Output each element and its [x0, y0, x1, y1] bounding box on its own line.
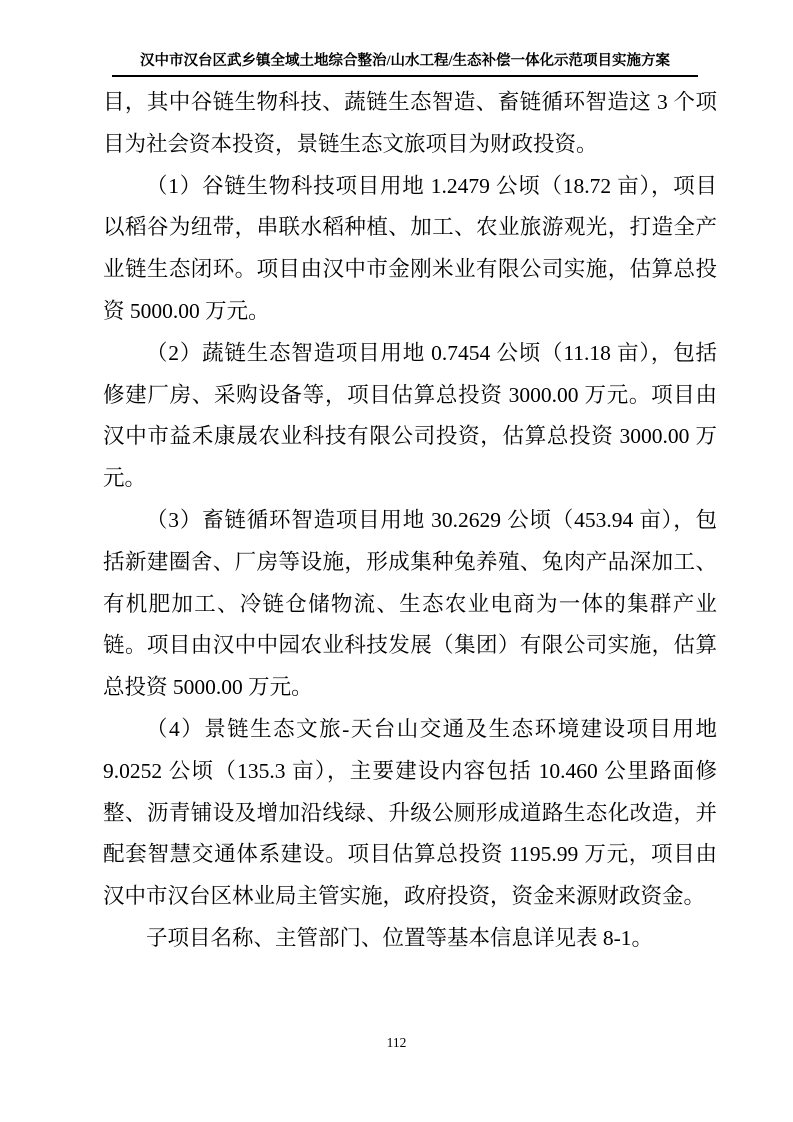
page-header: 汉中市汉台区武乡镇全域土地综合整治/山水工程/生态补偿一体化示范项目实施方案 [112, 52, 698, 77]
body-paragraph: （1）谷链生物科技项目用地 1.2479 公顷（18.72 亩），项目以稻谷为纽… [103, 166, 717, 333]
body-paragraph: 子项目名称、主管部门、位置等基本信息详见表 8-1。 [103, 918, 717, 960]
body-paragraph: （3）畜链循环智造项目用地 30.2629 公顷（453.94 亩），包括新建圈… [103, 500, 717, 709]
header-title: 汉中市汉台区武乡镇全域土地综合整治/山水工程/生态补偿一体化示范项目实施方案 [140, 53, 670, 69]
page-number: 112 [387, 1035, 407, 1050]
body-paragraph: （2）蔬链生态智造项目用地 0.7454 公顷（11.18 亩），包括修建厂房、… [103, 333, 717, 500]
body-paragraph: （4）景链生态文旅-天台山交通及生态环境建设项目用地 9.0252 公顷（135… [103, 709, 717, 918]
page-footer: 112 [0, 1034, 793, 1052]
document-body: 目，其中谷链生物科技、蔬链生态智造、畜链循环智造这 3 个项目为社会资本投资，景… [103, 82, 717, 960]
body-paragraph: 目，其中谷链生物科技、蔬链生态智造、畜链循环智造这 3 个项目为社会资本投资，景… [103, 82, 717, 166]
document-page: 汉中市汉台区武乡镇全域土地综合整治/山水工程/生态补偿一体化示范项目实施方案 目… [0, 0, 793, 1122]
